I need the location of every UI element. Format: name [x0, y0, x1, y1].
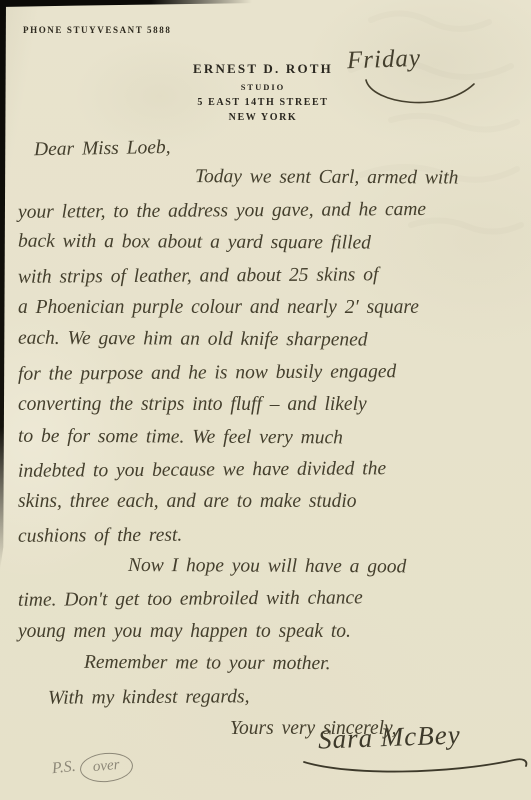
body-line: Today we sent Carl, armed with [195, 162, 527, 196]
body-line: With my kindest regards, [48, 679, 527, 715]
letter-page: Phone Stuyvesant 5888 ERNEST D. ROTH STU… [0, 0, 531, 800]
signature-flourish [300, 752, 531, 780]
ps-label: P.S. [51, 757, 76, 777]
salutation: Dear Miss Loeb, [34, 126, 527, 167]
letter-body: Dear Miss Loeb, Today we sent Carl, arme… [18, 130, 527, 745]
body-line: Now I hope you will have a good [128, 550, 527, 584]
body-line: for the purpose and he is now busily eng… [18, 355, 527, 391]
letterhead-name: ERNEST D. ROTH [183, 62, 343, 75]
ps-oval-over: over [79, 751, 134, 784]
body-line: each. We gave him an old knife sharpened [18, 323, 527, 358]
postscript: P.S. over [52, 753, 132, 782]
body-line: young men you may happen to speak to. [18, 616, 527, 648]
body-line: a Phoenician purple colour and nearly 2′… [18, 292, 527, 324]
body-line: time. Don't get too embroiled with chanc… [18, 582, 527, 618]
scan-edge-top [0, 0, 252, 7]
letterhead-city: NEW YORK [183, 113, 343, 123]
body-line: your letter, to the address you gave, an… [18, 193, 527, 229]
body-line: back with a box about a yard square fill… [18, 226, 527, 261]
letterhead-phone: Phone Stuyvesant 5888 [23, 25, 171, 35]
body-line: skins, three each, and are to make studi… [18, 486, 527, 518]
body-line: cushions of the rest. [18, 517, 527, 553]
signature: Sara McBey [318, 720, 462, 756]
letterhead-block: ERNEST D. ROTH STUDIO 5 EAST 14TH STREET… [183, 62, 343, 123]
scan-edge-left [0, 0, 6, 570]
date-line: Friday [347, 45, 422, 76]
body-line: with strips of leather, and about 25 ski… [18, 258, 527, 294]
body-line: Remember me to your mother. [84, 647, 527, 682]
body-line: indebted to you because we have divided … [18, 452, 527, 488]
date-flourish [352, 78, 482, 114]
body-line: to be for some time. We feel very much [18, 420, 527, 455]
letterhead-studio: STUDIO [183, 83, 343, 92]
letterhead-street: 5 EAST 14TH STREET [183, 98, 343, 108]
body-line: converting the strips into fluff – and l… [18, 389, 527, 421]
